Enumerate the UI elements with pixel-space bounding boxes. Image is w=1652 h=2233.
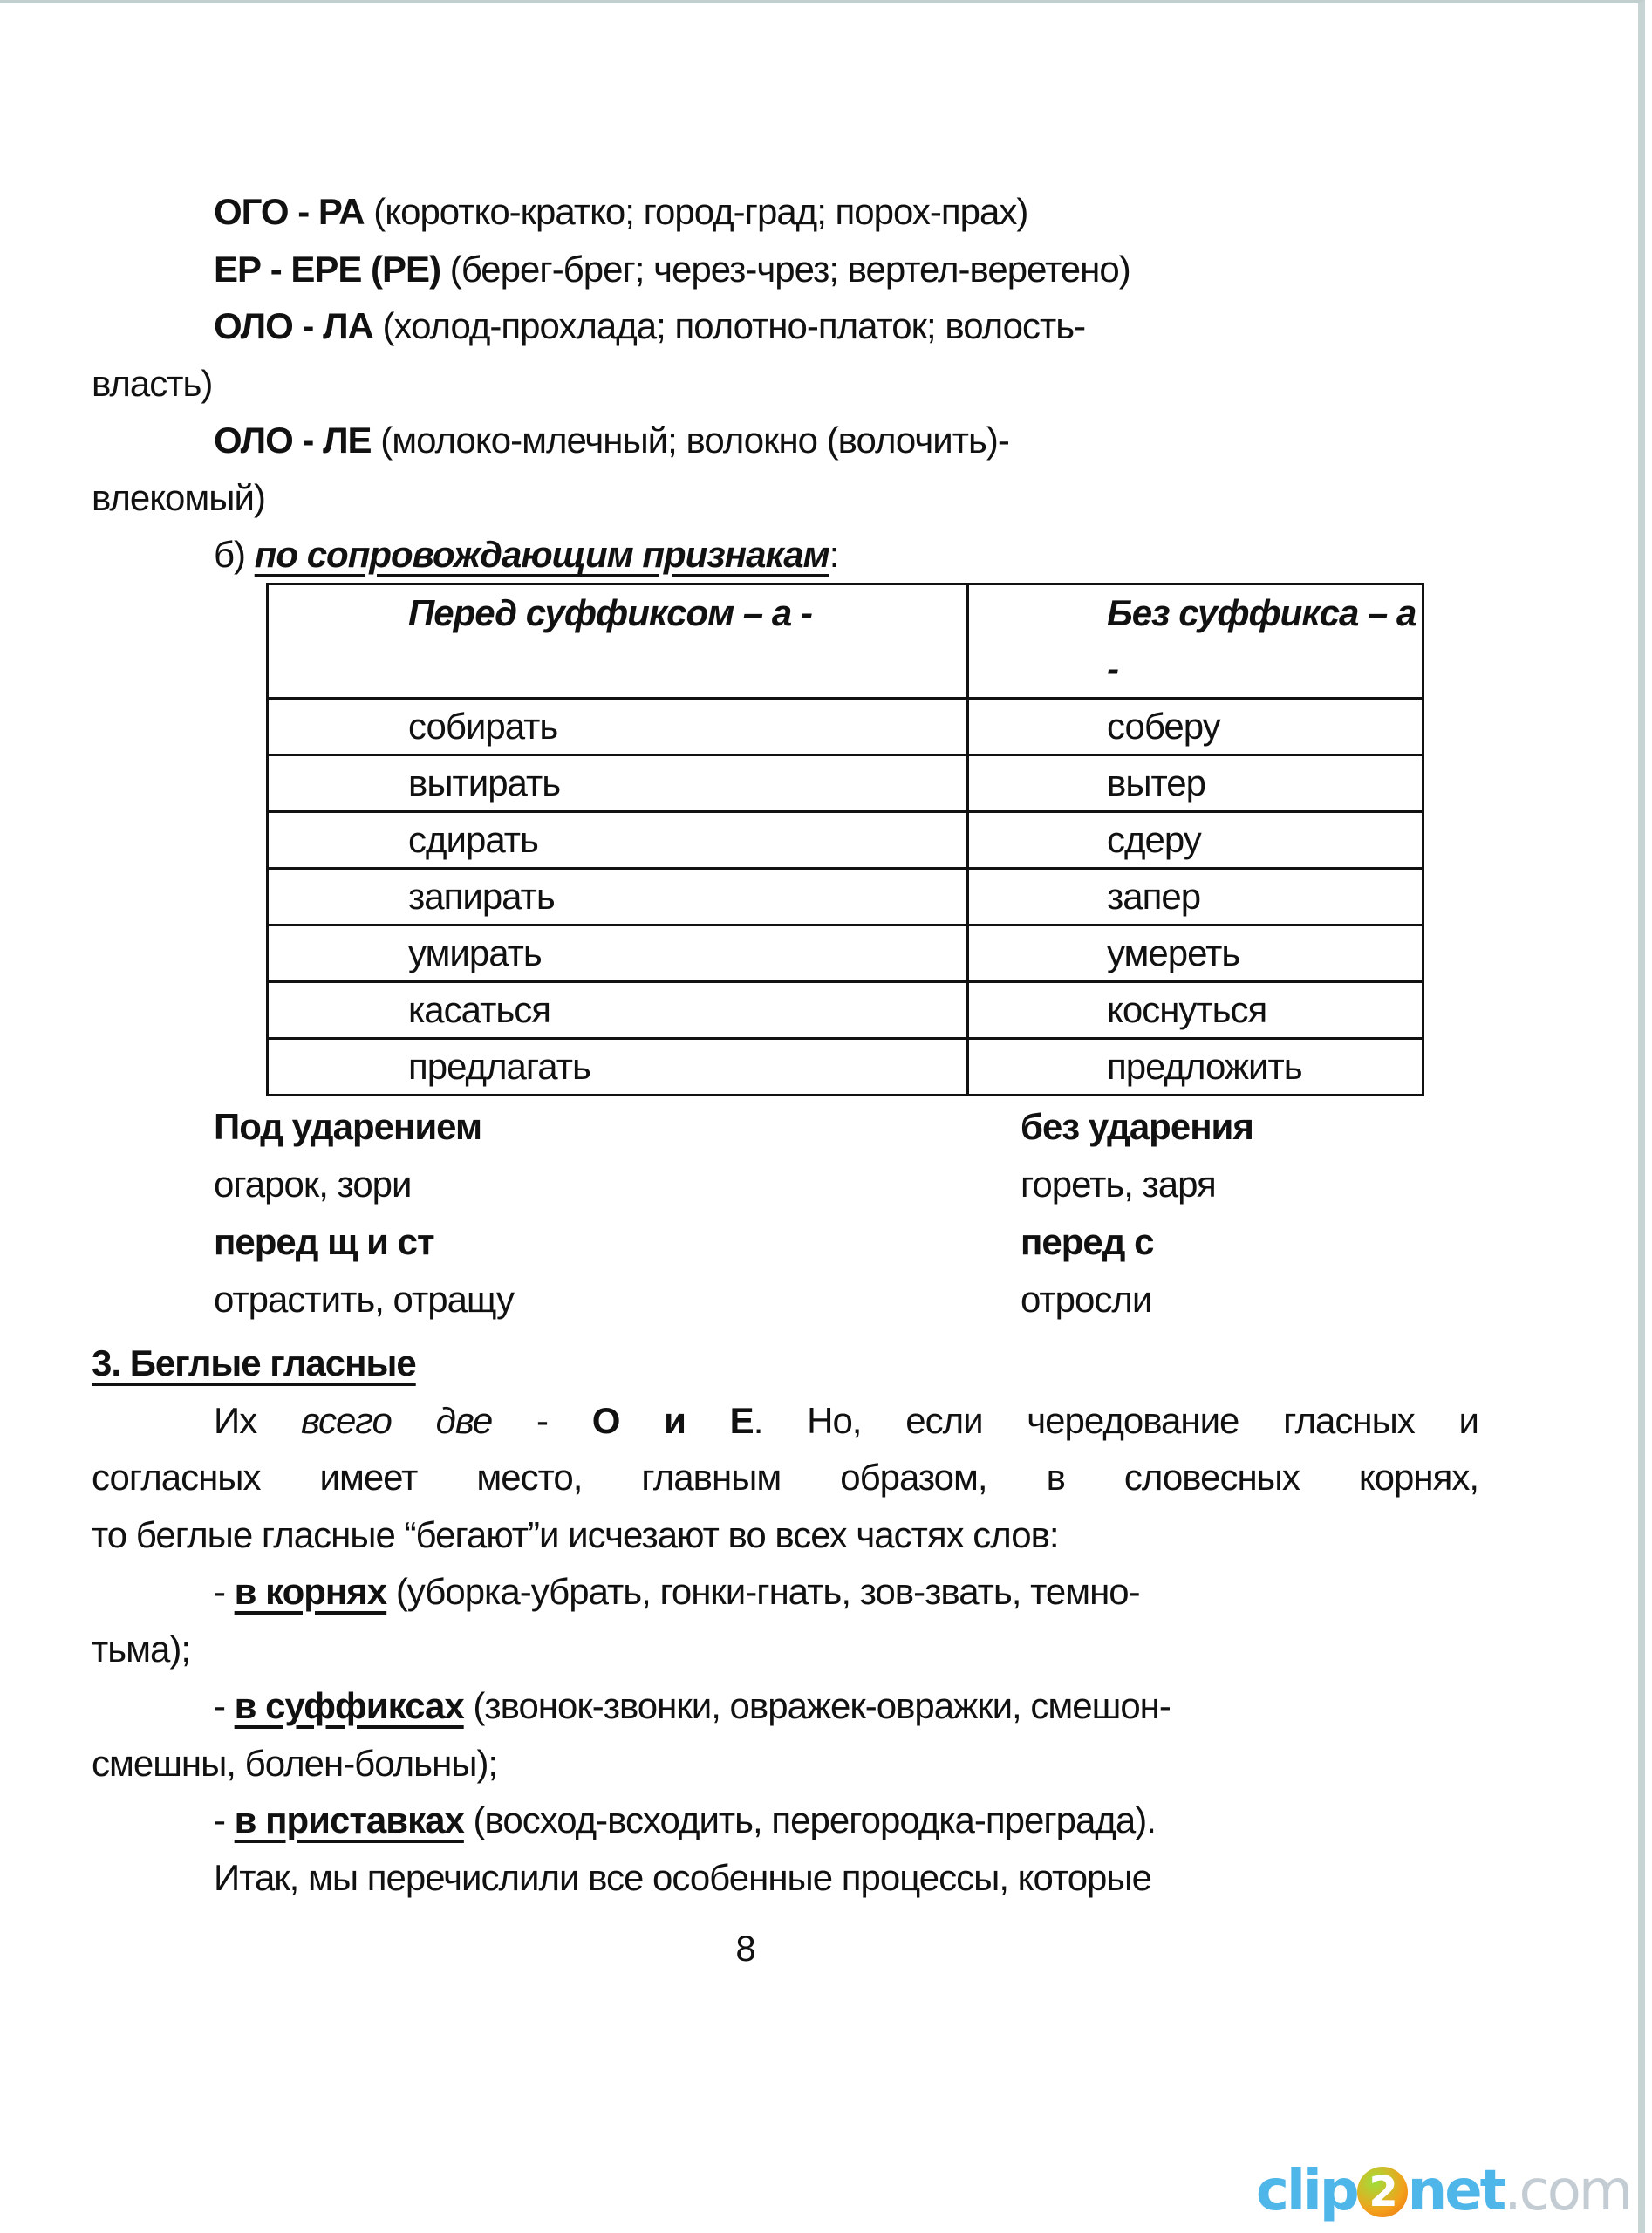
list-item-label: в корнях — [235, 1571, 387, 1612]
alternation-examples: (холод-прохлада; полотно-платок; волость… — [373, 305, 1085, 346]
alternation-examples: (берег-брег; через-чрез; вертел-веретено… — [440, 249, 1130, 290]
table-cell: сдирать — [268, 812, 968, 869]
before-shch-st-examples: отрастить, отращу — [214, 1279, 514, 1321]
emphasis: всего две — [301, 1400, 492, 1441]
table-cell: собирать — [268, 699, 968, 755]
logo-circle-icon: 2 — [1357, 2167, 1408, 2217]
unstressed-heading: без ударения — [1021, 1106, 1253, 1148]
table-row: сдиратьсдеру — [268, 812, 1423, 869]
list-item-roots: - в корнях (уборка-убрать, гонки-гнать, … — [92, 1563, 1400, 1621]
table-cell: вытер — [968, 755, 1423, 812]
table-cell: соберу — [968, 699, 1423, 755]
before-s-examples: отросли — [1021, 1279, 1151, 1321]
subheading-b: б) по сопровождающим признакам: — [92, 526, 1400, 584]
subheading-prefix: б) — [214, 534, 255, 575]
alternation-label: ЕР - ЕРЕ (РЕ) — [214, 249, 440, 290]
unstressed-examples: гореть, заря — [1021, 1164, 1216, 1205]
stressed-examples: огарок, зори — [214, 1164, 412, 1205]
document-body: ОГО - РА (коротко-кратко; город-град; по… — [92, 183, 1400, 584]
vowels-o-e: О и Е — [592, 1400, 754, 1441]
list-item-suffixes: - в суффиксах (звонок-звонки, овражек-ов… — [92, 1677, 1400, 1735]
list-item-continuation: тьма); — [92, 1621, 1400, 1678]
table-cell: умирать — [268, 925, 968, 982]
alternation-label: ОГО - РА — [214, 191, 365, 232]
page-number: 8 — [0, 1928, 1492, 1970]
table-header-cell: Перед суффиксом – а - — [268, 584, 968, 699]
paragraph-line: то беглые гласные “бегают”и исчезают во … — [92, 1506, 1400, 1564]
table-row: умиратьумереть — [268, 925, 1423, 982]
paragraph-line: Итак, мы перечислили все особенные проце… — [92, 1849, 1400, 1907]
table-cell: коснуться — [968, 982, 1423, 1039]
subheading-suffix: : — [829, 534, 839, 575]
table-cell: запер — [968, 869, 1423, 925]
alternation-examples: (молоко-млечный; волокно (волочить)- — [372, 420, 1009, 461]
clip2net-watermark-logo: clip2net.com — [1256, 2159, 1630, 2223]
table-row: предлагатьпредложить — [268, 1039, 1423, 1096]
list-item-label: в приставках — [235, 1799, 464, 1840]
subheading-label: по сопровождающим признакам — [255, 534, 829, 575]
before-s-heading: перед с — [1021, 1221, 1153, 1263]
table-cell: запирать — [268, 869, 968, 925]
stress-comparison: Под ударением без ударения огарок, зори … — [214, 1106, 1435, 1336]
paragraph-line: согласных имеет место, главным образом, … — [92, 1449, 1478, 1506]
table-row: запиратьзапер — [268, 869, 1423, 925]
alternation-examples: (коротко-кратко; город-град; порох-прах) — [365, 191, 1028, 232]
table-row: собиратьсоберу — [268, 699, 1423, 755]
section-3: 3. Беглые гласные Их всего две - О и Е. … — [92, 1335, 1400, 1906]
list-item-continuation: смешны, болен-больны); — [92, 1735, 1400, 1793]
table-row: вытиратьвытер — [268, 755, 1423, 812]
before-shch-st-heading: перед щ и ст — [214, 1221, 434, 1263]
paragraph-line: Их всего две - О и Е. Но, если чередован… — [92, 1392, 1478, 1450]
alternation-table: Перед суффиксом – а - Без суффикса – а -… — [266, 583, 1424, 1096]
alternation-continuation: влекомый) — [92, 469, 1400, 527]
alternation-continuation: власть) — [92, 355, 1400, 413]
table-cell: сдеру — [968, 812, 1423, 869]
alternation-line-er-ere: ЕР - ЕРЕ (РЕ) (берег-брег; через-чрез; в… — [92, 241, 1400, 298]
table-cell: умереть — [968, 925, 1423, 982]
table-cell: предлагать — [268, 1039, 968, 1096]
table-cell: предложить — [968, 1039, 1423, 1096]
alternation-label: ОЛО - ЛЕ — [214, 420, 372, 461]
section-title: 3. Беглые гласные — [92, 1335, 1400, 1392]
table-cell: касаться — [268, 982, 968, 1039]
alternation-line-ogo-ra: ОГО - РА (коротко-кратко; город-град; по… — [92, 183, 1400, 241]
alternation-line-olo-le: ОЛО - ЛЕ (молоко-млечный; волокно (волоч… — [92, 412, 1400, 469]
table-header-row: Перед суффиксом – а - Без суффикса – а - — [268, 584, 1423, 699]
table-row: касатьсякоснуться — [268, 982, 1423, 1039]
list-item-label: в суффиксах — [235, 1685, 464, 1726]
list-item-prefixes: - в приставках (восход-всходить, перегор… — [92, 1792, 1400, 1849]
table-cell: вытирать — [268, 755, 968, 812]
alternation-line-olo-la: ОЛО - ЛА (холод-прохлада; полотно-платок… — [92, 297, 1400, 355]
alternation-label: ОЛО - ЛА — [214, 305, 373, 346]
table-header-cell: Без суффикса – а - — [968, 584, 1423, 699]
stressed-heading: Под ударением — [214, 1106, 481, 1148]
